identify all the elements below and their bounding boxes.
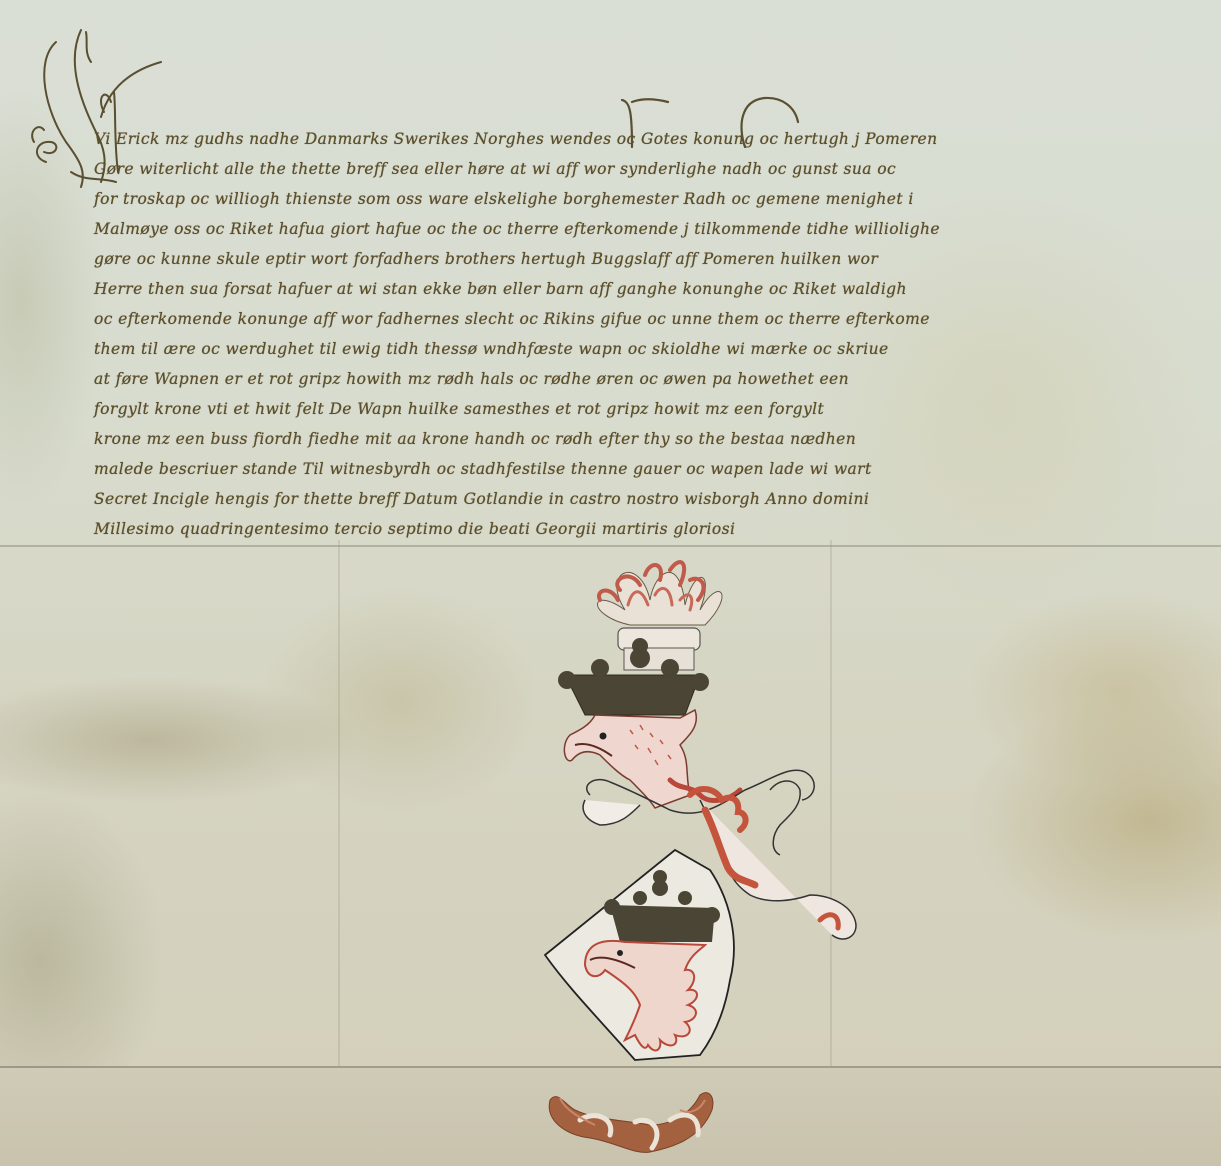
feather-plume-icon: [598, 562, 722, 625]
text-line-5: gøre oc kunne skule eptir wort forfadher…: [94, 250, 1184, 280]
text-line-6: Herre then sua forsat hafuer at wi stan …: [94, 280, 1184, 310]
text-line-2: Gøre witerlicht alle the thette breff se…: [94, 160, 1184, 190]
text-line-12: malede bescriuer stande Til witnesbyrdh …: [94, 460, 1184, 490]
shield-icon: [545, 850, 734, 1060]
fold-crease-vertical-left: [338, 540, 340, 1066]
ascender-flourish-icon: [610, 92, 810, 152]
text-line-14: Millesimo quadringentesimo tercio septim…: [94, 520, 1184, 550]
parchment-document: Vi Erick mz gudhs nadhe Danmarks Swerike…: [0, 0, 1221, 1166]
coat-of-arms-icon: [540, 550, 880, 1070]
seal-cord-icon: [540, 1080, 730, 1160]
text-line-4: Malmøye oss oc Riket hafua giort hafue o…: [94, 220, 1184, 250]
text-line-11: krone mz een buss fiordh fiedhe mit aa k…: [94, 430, 1184, 460]
text-line-7: oc efterkomende konunge aff wor fadherne…: [94, 310, 1184, 340]
text-line-8: them til ære oc werdughet til ewig tidh …: [94, 340, 1184, 370]
text-line-9: at føre Wapnen er et rot gripz howith mz…: [94, 370, 1184, 400]
text-line-3: for troskap oc williogh thienste som oss…: [94, 190, 1184, 220]
text-line-10: forgylt krone vti et hwit felt De Wapn h…: [94, 400, 1184, 430]
charter-text: Vi Erick mz gudhs nadhe Danmarks Swerike…: [94, 130, 1184, 550]
text-line-13: Secret Incigle hengis for thette breff D…: [94, 490, 1184, 520]
